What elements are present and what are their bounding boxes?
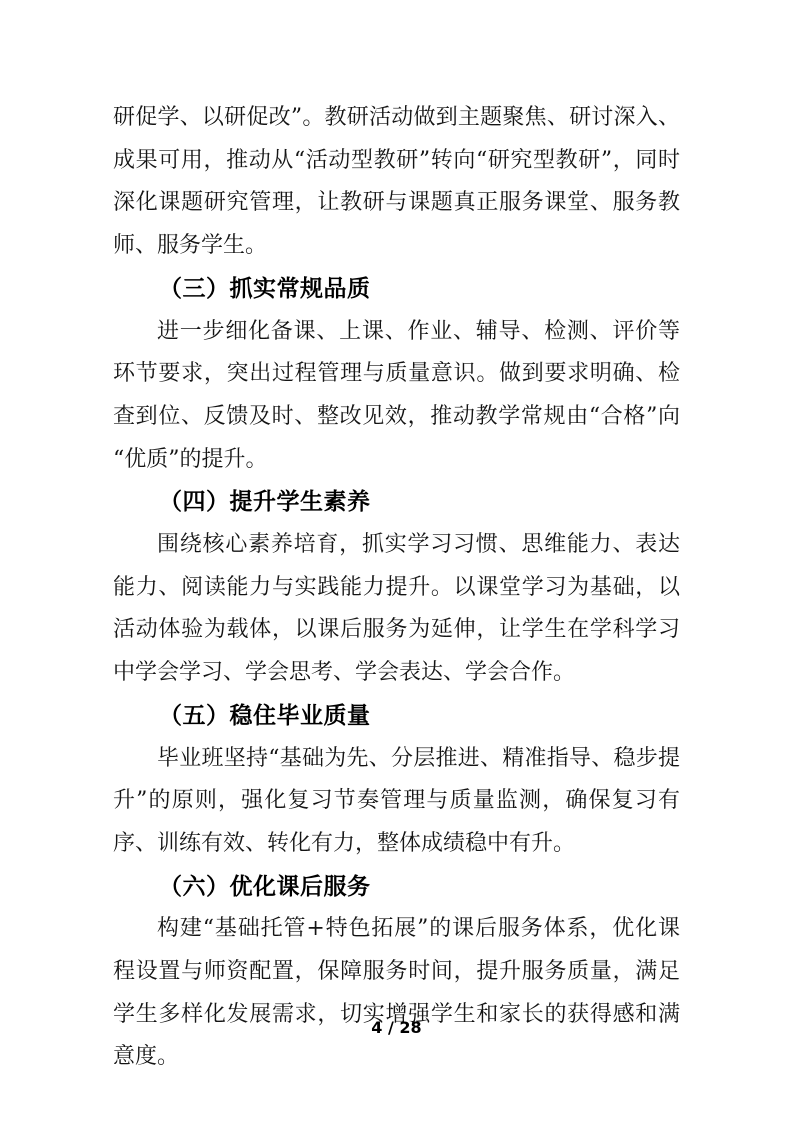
section-3: （三）抓实常规品质 进一步细化备课、上课、作业、辅导、检测、评价等环节要求，突出… bbox=[113, 268, 680, 482]
section-4-paragraph: 围绕核心素养培育，抓实学习习惯、思维能力、表达能力、阅读能力与实践能力提升。以课… bbox=[113, 524, 680, 695]
page-number: 4 / 28 bbox=[0, 1018, 793, 1037]
section-6: （六）优化课后服务 构建“基础托管+特色拓展”的课后服务体系，优化课程设置与师资… bbox=[113, 866, 680, 1080]
section-5-paragraph: 毕业班坚持“基础为先、分层推进、精准指导、稳步提升”的原则，强化复习节奏管理与质… bbox=[113, 738, 680, 866]
section-3-paragraph: 进一步细化备课、上课、作业、辅导、检测、评价等环节要求，突出过程管理与质量意识。… bbox=[113, 311, 680, 482]
section-4: （四）提升学生素养 围绕核心素养培育，抓实学习习惯、思维能力、表达能力、阅读能力… bbox=[113, 481, 680, 695]
section-3-heading: （三）抓实常规品质 bbox=[113, 268, 680, 311]
section-6-heading: （六）优化课后服务 bbox=[113, 866, 680, 909]
section-4-heading: （四）提升学生素养 bbox=[113, 481, 680, 524]
section-6-paragraph: 构建“基础托管+特色拓展”的课后服务体系，优化课程设置与师资配置，保障服务时间，… bbox=[113, 908, 680, 1079]
section-5: （五）稳住毕业质量 毕业班坚持“基础为先、分层推进、精准指导、稳步提升”的原则，… bbox=[113, 695, 680, 866]
section-5-heading: （五）稳住毕业质量 bbox=[113, 695, 680, 738]
continuation-paragraph: 研促学、以研促改”。教研活动做到主题聚焦、研讨深入、成果可用，推动从“活动型教研… bbox=[113, 97, 680, 268]
document-page: 研促学、以研促改”。教研活动做到主题聚焦、研讨深入、成果可用，推动从“活动型教研… bbox=[0, 0, 793, 1122]
